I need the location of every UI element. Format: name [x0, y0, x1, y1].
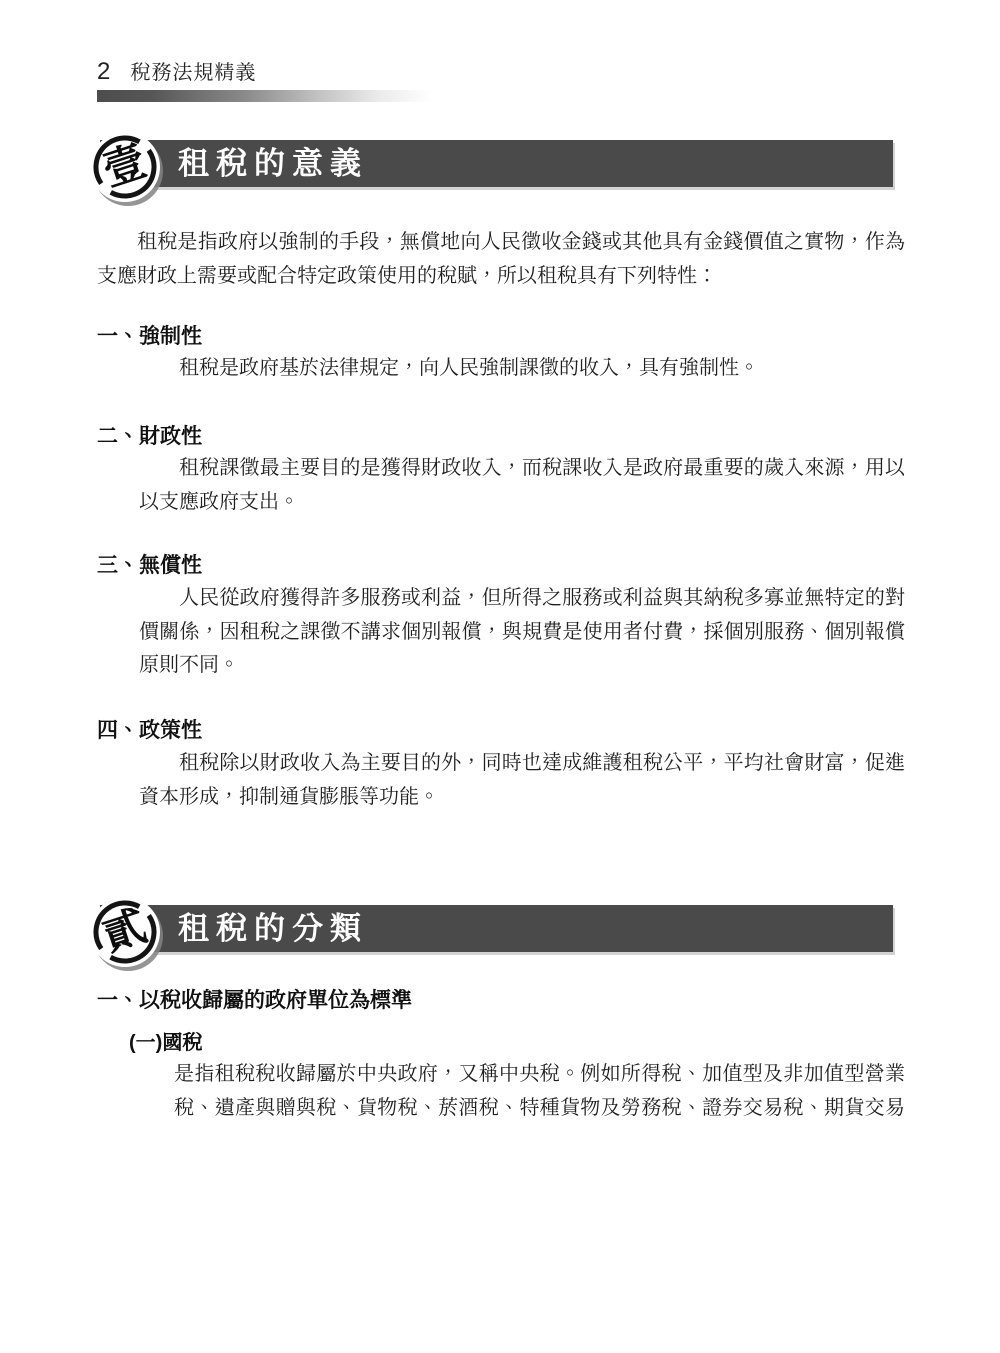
item-heading-policy: 四、政策性 — [97, 714, 202, 744]
seal-badge-one: 壹 — [90, 132, 160, 202]
criterion-heading: 一、以稅收歸屬的政府單位為標準 — [97, 984, 412, 1014]
seal-badge-two: 貳 — [90, 897, 160, 967]
intro-paragraph: 租稅是指政府以強制的手段，無償地向人民徵收金錢或其他具有金錢價值之實物，作為支應… — [97, 226, 905, 293]
item-heading-fiscal: 二、財政性 — [97, 420, 202, 450]
subitem-body-national-tax: 是指租稅稅收歸屬於中央政府，又稱中央稅。例如所得稅、加值型及非加值型營業稅、遺產… — [174, 1058, 905, 1125]
item-heading-gratuitous: 三、無償性 — [97, 549, 202, 579]
section-title: 租稅的分類 — [100, 905, 893, 952]
section-title: 租稅的意義 — [100, 140, 893, 187]
seal-circle-icon: 壹 — [90, 132, 160, 202]
item-heading-compulsory: 一、強制性 — [97, 320, 202, 350]
section-banner-meaning: 壹 租稅的意義 — [100, 140, 893, 187]
running-header: 2 稅務法規精義 — [97, 56, 256, 86]
header-gradient-rule — [97, 90, 432, 102]
section-banner-classification: 貳 租稅的分類 — [100, 905, 893, 952]
book-page: 2 稅務法規精義 壹 租稅的意義 租稅是指政府以強制的手段，無償地向人民徵收金錢… — [0, 0, 1000, 1353]
book-title: 稅務法規精義 — [130, 56, 256, 85]
item-body-fiscal: 租稅課徵最主要目的是獲得財政收入，而稅課收入是政府最重要的歲入來源，用以以支應政… — [139, 452, 905, 519]
subitem-label-national-tax: (一)國稅 — [129, 1026, 202, 1055]
seal-circle-icon: 貳 — [90, 897, 160, 967]
item-body-compulsory: 租稅是政府基於法律規定，向人民強制課徵的收入，具有強制性。 — [139, 352, 905, 386]
page-number: 2 — [97, 58, 110, 86]
item-body-policy: 租稅除以財政收入為主要目的外，同時也達成維護租稅公平，平均社會財富，促進資本形成… — [139, 747, 905, 814]
item-body-gratuitous: 人民從政府獲得許多服務或利益，但所得之服務或利益與其納稅多寡並無特定的對價關係，… — [139, 582, 905, 683]
